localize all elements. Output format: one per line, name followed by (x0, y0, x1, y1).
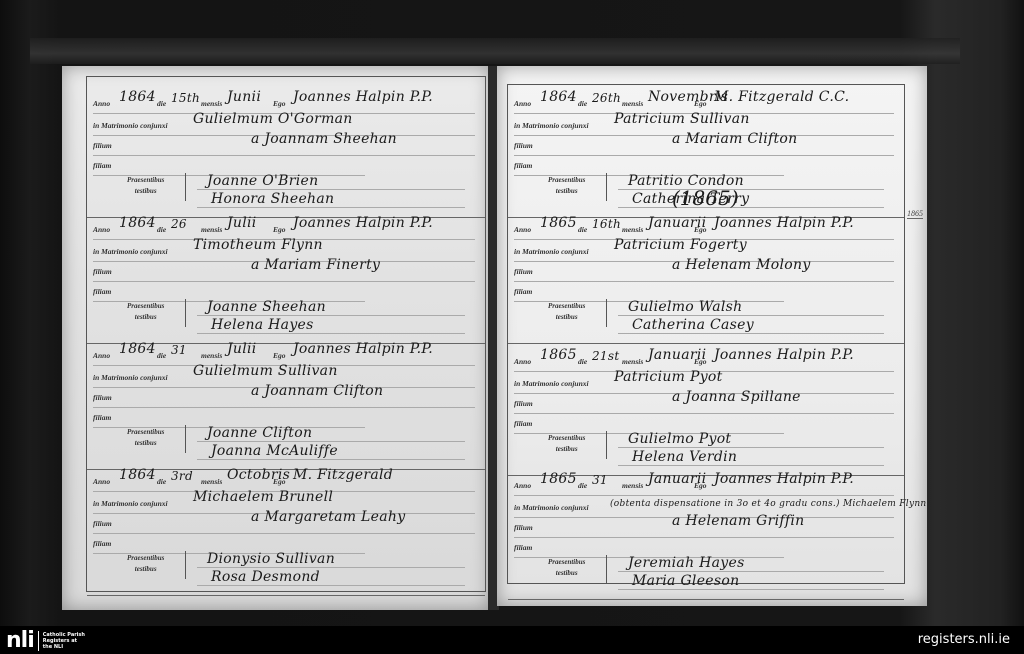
label-anno: Anno (514, 357, 531, 366)
entry-date-row: Anno 1865 die 31 mensis Januarii Ego Joa… (514, 473, 894, 496)
entry-year: 1864 (540, 89, 577, 105)
label-filiam: filiam (93, 287, 111, 296)
entry-witness-2: Maria Gleeson (632, 573, 739, 589)
entry-priest: Joannes Halpin P.P. (293, 341, 433, 357)
entry-groom: Patricium Pyot (614, 369, 723, 385)
label-mensis: mensis (201, 351, 222, 360)
witness-brace (185, 551, 190, 579)
margin-note: 1865 (907, 209, 923, 219)
label-in-matrimonio: in Matrimonio conjunxi (93, 247, 168, 256)
entry-groom: Patricium Fogerty (614, 237, 747, 253)
entry-year: 1864 (119, 341, 156, 357)
entry-month: Julii (227, 341, 257, 357)
label-die: die (157, 225, 166, 234)
label-ego: Ego (273, 351, 286, 360)
label-testibus: testibus (127, 312, 164, 323)
entry-witness-2: Helena Verdin (632, 449, 737, 465)
page-frame: Anno 1864 die 15th mensis Junii Ego Joan… (86, 76, 486, 592)
nli-logo[interactable]: nli Catholic Parish Registers at the NLI (6, 630, 85, 652)
entry-day: 21st (592, 349, 619, 363)
witness-line (618, 207, 884, 208)
entry-priest: M. Fitzgerald (293, 467, 393, 483)
label-ego: Ego (273, 225, 286, 234)
witness-line (618, 589, 884, 590)
label-filium: filium (514, 523, 533, 532)
label-ego: Ego (273, 99, 286, 108)
entry-priest: Joannes Halpin P.P. (714, 215, 854, 231)
witness-brace (606, 555, 611, 583)
entry-bride: a Helenam Molony (672, 257, 811, 273)
label-filiam: filiam (514, 419, 532, 428)
entry-day: 26 (171, 217, 187, 231)
witness-brace (606, 173, 611, 201)
entry-witness-1: Joanne Sheehan (207, 299, 326, 315)
label-praesentibus: Praesentibus (127, 427, 164, 438)
witness-line (618, 189, 884, 190)
entry-bride: a Mariam Clifton (672, 131, 797, 147)
label-filiam: filiam (514, 287, 532, 296)
label-anno: Anno (93, 99, 110, 108)
entry-witness-2: Joanna McAuliffe (211, 443, 338, 459)
entry-witness-1: Joanne Clifton (207, 425, 312, 441)
register-page-right: Anno 1864 die 26th mensis Novembris Ego … (497, 66, 927, 606)
label-filiam: filiam (93, 413, 111, 422)
entry-priest: Joannes Halpin P.P. (293, 215, 433, 231)
marriage-entry: Anno 1864 die 15th mensis Junii Ego Joan… (87, 89, 485, 218)
entry-bride: a Margaretam Leahy (251, 509, 405, 525)
entry-witness-1: Gulielmo Walsh (628, 299, 742, 315)
witness-brace (606, 431, 611, 459)
entry-witness-1: Dionysio Sullivan (207, 551, 335, 567)
entry-priest: Joannes Halpin P.P. (293, 89, 433, 105)
entry-groom: Patricium Sullivan (614, 111, 750, 127)
marriage-entry: Anno 1864 die 31 mensis Julii Ego Joanne… (87, 341, 485, 470)
label-die: die (578, 357, 587, 366)
entry-day: 16th (592, 217, 621, 231)
label-praesentibus: Praesentibus (548, 433, 585, 444)
label-mensis: mensis (622, 357, 643, 366)
witness-line (197, 189, 465, 190)
entry-witness-1: Joanne O'Brien (207, 173, 318, 189)
label-mensis: mensis (622, 481, 643, 490)
label-testibus: testibus (127, 438, 164, 449)
witness-line (197, 459, 465, 460)
page-frame: Anno 1864 die 26th mensis Novembris Ego … (507, 84, 905, 584)
label-anno: Anno (93, 351, 110, 360)
label-die: die (578, 481, 587, 490)
entry-groom: Michaelem Brunell (193, 489, 333, 505)
label-anno: Anno (93, 477, 110, 486)
label-filium: filium (514, 267, 533, 276)
label-filium: filium (514, 141, 533, 150)
entry-day: 31 (171, 343, 187, 357)
entry-month: Julii (227, 215, 257, 231)
image-viewer[interactable]: Anno 1864 die 15th mensis Junii Ego Joan… (0, 0, 1024, 626)
label-praesentibus-testibus: Praesentibus testibus (548, 175, 585, 197)
label-filium: filium (514, 399, 533, 408)
marriage-entry: Anno 1864 die 3rd mensis Octobris Ego M.… (87, 467, 485, 596)
witness-line (197, 315, 465, 316)
footer-bar: nli Catholic Parish Registers at the NLI… (0, 626, 1024, 654)
witness-line (618, 315, 884, 316)
entry-groom: Gulielmum O'Gorman (193, 111, 353, 127)
label-praesentibus: Praesentibus (548, 175, 585, 186)
entry-year: 1864 (119, 215, 156, 231)
label-mensis: mensis (201, 225, 222, 234)
entry-bride: a Joanna Spillane (672, 389, 801, 405)
label-mensis: mensis (622, 225, 643, 234)
witness-brace (185, 299, 190, 327)
label-ego: Ego (694, 357, 707, 366)
entry-priest: Joannes Halpin P.P. (714, 347, 854, 363)
label-ego: Ego (694, 99, 707, 108)
entry-bride: a Joannam Sheehan (251, 131, 397, 147)
label-filium: filium (93, 141, 112, 150)
label-praesentibus: Praesentibus (548, 301, 585, 312)
label-ego: Ego (694, 225, 707, 234)
label-praesentibus-testibus: Praesentibus testibus (548, 557, 585, 579)
label-testibus: testibus (127, 564, 164, 575)
label-filiam: filiam (514, 161, 532, 170)
marriage-entry: Anno 1865 die 16th mensis Januarii Ego J… (508, 215, 904, 344)
marriage-entry: Anno 1865 die 21st mensis Januarii Ego J… (508, 347, 904, 476)
label-mensis: mensis (622, 99, 643, 108)
label-praesentibus: Praesentibus (127, 553, 164, 564)
marriage-entry: Anno 1865 die 31 mensis Januarii Ego Joa… (508, 471, 904, 600)
label-filium: filium (93, 393, 112, 402)
entry-witness-1: Gulielmo Pyot (628, 431, 731, 447)
label-testibus: testibus (548, 186, 585, 197)
entry-groom: (obtenta dispensatione in 3o et 4o gradu… (610, 499, 927, 509)
label-praesentibus: Praesentibus (127, 301, 164, 312)
entry-year: 1864 (119, 467, 156, 483)
witness-brace (185, 173, 190, 201)
entry-groom: Gulielmum Sullivan (193, 363, 338, 379)
label-die: die (578, 225, 587, 234)
entry-bride: a Helenam Griffin (672, 513, 804, 529)
entry-day: 31 (592, 473, 608, 487)
entry-year: 1865 (540, 347, 577, 363)
label-praesentibus: Praesentibus (548, 557, 585, 568)
witness-line (618, 447, 884, 448)
entry-year: 1865 (540, 471, 577, 487)
entry-day: 15th (171, 91, 200, 105)
label-praesentibus: Praesentibus (127, 175, 164, 186)
marriage-entry: Anno 1864 die 26 mensis Julii Ego Joanne… (87, 215, 485, 344)
label-anno: Anno (514, 99, 531, 108)
label-in-matrimonio: in Matrimonio conjunxi (514, 121, 589, 130)
entry-witness-2: Rosa Desmond (211, 569, 320, 585)
entry-witness-2: Honora Sheehan (211, 191, 334, 207)
label-anno: Anno (514, 225, 531, 234)
label-praesentibus-testibus: Praesentibus testibus (127, 553, 164, 575)
entry-priest: M. Fitzgerald C.C. (714, 89, 849, 105)
label-in-matrimonio: in Matrimonio conjunxi (93, 121, 168, 130)
label-mensis: mensis (201, 477, 222, 486)
book-edge-shadow (30, 38, 960, 64)
label-praesentibus-testibus: Praesentibus testibus (127, 301, 164, 323)
label-anno: Anno (514, 481, 531, 490)
label-die: die (157, 477, 166, 486)
witness-line (618, 465, 884, 466)
entry-groom: Timotheum Flynn (193, 237, 323, 253)
entry-witness-1: Jeremiah Hayes (628, 555, 745, 571)
witness-line (197, 585, 465, 586)
label-ego: Ego (694, 481, 707, 490)
label-die: die (157, 351, 166, 360)
label-filiam: filiam (93, 539, 111, 548)
label-die: die (157, 99, 166, 108)
label-praesentibus-testibus: Praesentibus testibus (127, 427, 164, 449)
label-praesentibus-testibus: Praesentibus testibus (127, 175, 164, 197)
witness-line (197, 207, 465, 208)
entry-priest: Joannes Halpin P.P. (714, 471, 854, 487)
witness-brace (185, 425, 190, 453)
label-praesentibus-testibus: Praesentibus testibus (548, 301, 585, 323)
entry-day: 3rd (171, 469, 193, 483)
label-mensis: mensis (201, 99, 222, 108)
label-filium: filium (93, 519, 112, 528)
label-in-matrimonio: in Matrimonio conjunxi (514, 379, 589, 388)
witness-line (618, 333, 884, 334)
entry-witness-2: Helena Hayes (211, 317, 314, 333)
label-in-matrimonio: in Matrimonio conjunxi (93, 373, 168, 382)
entry-witness-2: Catherina Casey (632, 317, 754, 333)
label-testibus: testibus (127, 186, 164, 197)
register-page-left: Anno 1864 die 15th mensis Junii Ego Joan… (62, 66, 490, 610)
witness-line (618, 571, 884, 572)
logo-divider (38, 631, 39, 651)
label-in-matrimonio: in Matrimonio conjunxi (514, 247, 589, 256)
label-anno: Anno (93, 225, 110, 234)
label-in-matrimonio: in Matrimonio conjunxi (93, 499, 168, 508)
logo-text-line: the NLI (43, 644, 85, 650)
entry-bride: a Joannam Clifton (251, 383, 383, 399)
witness-line (197, 333, 465, 334)
label-in-matrimonio: in Matrimonio conjunxi (514, 503, 589, 512)
logo-text: Catholic Parish Registers at the NLI (43, 632, 85, 650)
entry-day: 26th (592, 91, 621, 105)
label-testibus: testibus (548, 444, 585, 455)
label-testibus: testibus (548, 568, 585, 579)
registers-site-link[interactable]: registers.nli.ie (918, 632, 1010, 647)
year-heading: (1865) (672, 186, 739, 210)
label-ego: Ego (273, 477, 286, 486)
label-filiam: filiam (514, 543, 532, 552)
label-testibus: testibus (548, 312, 585, 323)
witness-line (197, 567, 465, 568)
entry-year: 1865 (540, 215, 577, 231)
entry-bride: a Mariam Finerty (251, 257, 380, 273)
witness-line (197, 441, 465, 442)
witness-brace (606, 299, 611, 327)
label-filiam: filiam (93, 161, 111, 170)
entry-month: Junii (227, 89, 261, 105)
label-die: die (578, 99, 587, 108)
label-filium: filium (93, 267, 112, 276)
label-praesentibus-testibus: Praesentibus testibus (548, 433, 585, 455)
nli-logo-mark: nli (6, 630, 34, 652)
entry-year: 1864 (119, 89, 156, 105)
